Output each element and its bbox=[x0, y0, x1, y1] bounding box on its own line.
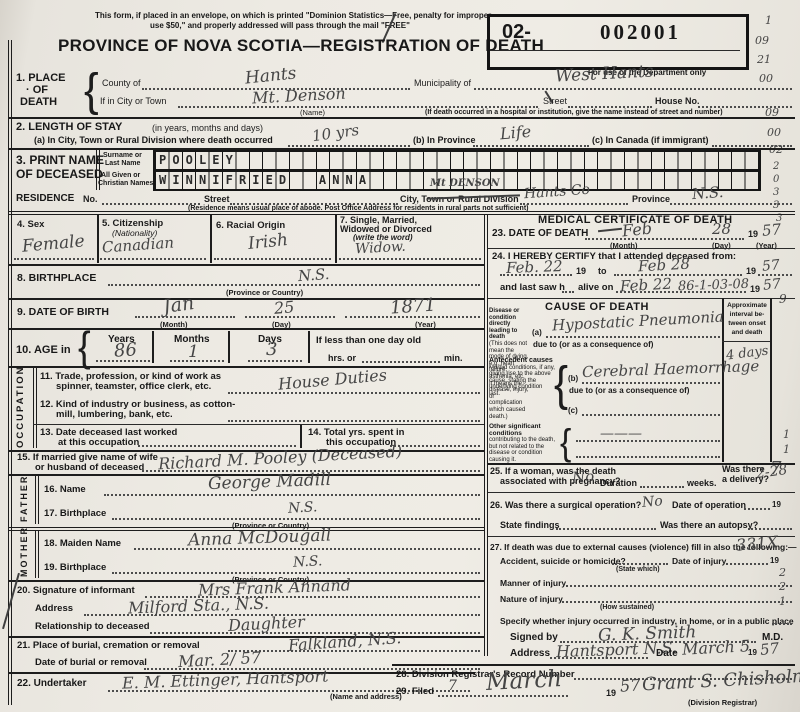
date-of-birth-label: 9. DATE OF BIRTH bbox=[17, 306, 109, 318]
last-saw-label: and last saw h bbox=[500, 282, 565, 293]
sex-label: 4. Sex bbox=[17, 219, 44, 230]
delivery-value: 2-28 bbox=[755, 462, 788, 482]
father-birthplace-fill bbox=[112, 518, 480, 520]
mother-birthplace-value: N.S. bbox=[293, 553, 323, 571]
operation-date-fill bbox=[744, 508, 770, 510]
operation-date-label: Date of operation bbox=[672, 500, 746, 510]
margin-number: 3 bbox=[773, 200, 779, 211]
nature-label: Nature of injury bbox=[500, 594, 563, 604]
surname-value: POOLEY bbox=[159, 153, 239, 167]
father-divider bbox=[35, 474, 39, 524]
other-conditions-fill-2 bbox=[576, 456, 720, 458]
last-19-label: 19 bbox=[750, 284, 760, 294]
residence-division-value: Hants Co bbox=[524, 182, 591, 203]
other-conditions-fill-1 bbox=[576, 440, 720, 442]
cause-a-due-label: due to (or as a consequence of) bbox=[533, 340, 653, 349]
dob-day-value: 25 bbox=[273, 297, 295, 318]
father-name-label: 16. Name bbox=[44, 484, 86, 495]
stay-a-fill-line bbox=[288, 145, 410, 147]
age-months-fill bbox=[170, 360, 224, 362]
margin-number: 00 bbox=[767, 126, 781, 139]
age-divider bbox=[228, 331, 230, 363]
city-town-fill-line bbox=[178, 106, 538, 108]
mother-side-label: MOTHER bbox=[19, 533, 29, 577]
cause-bc-brace: { bbox=[554, 356, 568, 411]
hospital-hint: (If death occurred in a hospital or inst… bbox=[425, 109, 723, 116]
father-birthplace-value: N.S. bbox=[288, 499, 318, 517]
residence-division-fill bbox=[520, 203, 628, 205]
marital-fill bbox=[339, 258, 481, 260]
print-name-label-1: 3. PRINT NAME bbox=[16, 153, 104, 167]
surname-letter-boxes: POOLEY bbox=[153, 150, 761, 171]
city-town-value: Mt. Denson bbox=[252, 84, 347, 108]
racial-origin-value: Irish bbox=[247, 230, 289, 254]
informant-address-label: Address bbox=[35, 603, 73, 614]
margin-number: 1 bbox=[783, 428, 790, 441]
father-name-value: George Madill bbox=[208, 470, 332, 494]
trade-value: House Duties bbox=[277, 365, 387, 393]
last-worked-fill bbox=[138, 445, 296, 447]
stay-b-fill-line bbox=[473, 145, 589, 147]
margin-number: 9 bbox=[779, 292, 787, 306]
marital-value: Widow. bbox=[355, 239, 407, 258]
county-value: Hants bbox=[244, 63, 297, 88]
dod-19-label: 19 bbox=[748, 229, 758, 239]
margin-number: 0 bbox=[773, 174, 779, 185]
stay-b-value: Life bbox=[499, 122, 532, 144]
med-rule bbox=[488, 298, 795, 299]
physician-address-label: Address bbox=[510, 648, 550, 659]
certifier-code-value: 86-1-03-08 bbox=[678, 277, 750, 294]
stay-c-label: (c) In Canada (if immigrant) bbox=[592, 135, 709, 145]
state-which-hint: (State which) bbox=[616, 566, 660, 573]
cause-a-note-bold: Disease or condition directly leading to… bbox=[489, 308, 529, 341]
serial-number-box: 02- 002001 bbox=[487, 14, 749, 70]
cell-divider bbox=[335, 215, 337, 263]
burial-date-label: Date of burial or removal bbox=[35, 657, 147, 668]
interval-box-bottom bbox=[722, 341, 770, 342]
section-rule bbox=[9, 366, 485, 368]
findings-label: State findings bbox=[500, 520, 560, 530]
dob-month-fill bbox=[135, 316, 235, 318]
filed-day-value: 7 bbox=[448, 678, 457, 694]
birthplace-value: N.S. bbox=[297, 265, 330, 285]
residence-no-fill bbox=[102, 203, 200, 205]
cell-divider bbox=[97, 215, 99, 263]
cell-divider bbox=[210, 215, 212, 263]
residence-province-fill bbox=[670, 203, 792, 205]
registrar-rule bbox=[392, 664, 795, 666]
antecedent-note: Morbid conditions, if any, giving rise t… bbox=[489, 365, 555, 397]
strike-through bbox=[598, 228, 622, 232]
from-19-label: 19 bbox=[576, 266, 586, 276]
city-town-label: If in City or Town bbox=[100, 96, 166, 106]
filed-label: 29. Filed bbox=[396, 686, 434, 697]
trade-fill bbox=[228, 392, 480, 394]
mother-divider bbox=[35, 530, 39, 578]
margin-number: 1 bbox=[765, 14, 772, 27]
last-year-value: 57 bbox=[762, 276, 781, 294]
margin-number: 2 bbox=[779, 566, 786, 579]
interval-header: Approximate interval be- tween onset and… bbox=[725, 301, 769, 337]
municipality-value: West Hants bbox=[555, 61, 654, 86]
serial-number: 002001 bbox=[600, 20, 681, 45]
informant-label: 20. Signature of informant bbox=[17, 585, 135, 596]
findings-fill bbox=[556, 528, 656, 530]
injury-date-fill bbox=[726, 563, 768, 565]
to-year-value: 57 bbox=[761, 257, 780, 275]
med-rule bbox=[488, 248, 795, 249]
street-label: Street bbox=[543, 96, 567, 106]
dod-month-value: Feb bbox=[621, 218, 653, 240]
age-min-label: min. bbox=[444, 353, 463, 363]
filed-fill bbox=[438, 695, 568, 697]
residence-province-value: N.S. bbox=[691, 183, 724, 203]
mother-birthplace-fill bbox=[112, 572, 480, 574]
surname-label-2: Last Name bbox=[105, 160, 140, 167]
filed-19-label: 19 bbox=[606, 688, 616, 698]
operation-value: No bbox=[641, 493, 663, 511]
length-of-stay-label: 2. LENGTH OF STAY bbox=[16, 121, 122, 133]
to-label: to bbox=[598, 266, 607, 276]
attended-to-value: Feb 28 bbox=[638, 255, 691, 276]
age-less-label: If less than one day old bbox=[316, 335, 421, 346]
med-rule bbox=[488, 492, 795, 493]
mother-name-label: 18. Maiden Name bbox=[44, 538, 121, 549]
weeks-label: weeks. bbox=[687, 478, 717, 488]
print-name-label-2: OF DECEASED bbox=[16, 167, 103, 181]
margin-number: 09 bbox=[755, 34, 769, 47]
last-worked-label-2: at this occupation bbox=[58, 437, 139, 448]
interval-line-1: Approximate bbox=[727, 302, 767, 309]
house-no-label: House No. bbox=[655, 96, 700, 106]
place-of-death-label-2: · OF bbox=[26, 84, 48, 96]
cause-a-label: (a) bbox=[532, 328, 542, 337]
residence-province-label: Province bbox=[632, 194, 670, 204]
mailing-notice-line2: use $50," and properly addressed will pa… bbox=[150, 21, 410, 30]
cause-b-value: Cerebral Haemorrhage bbox=[582, 357, 760, 381]
alive-on-label: alive on bbox=[578, 282, 613, 293]
external-code-value: 331X bbox=[735, 532, 778, 555]
signed-by-label: Signed by bbox=[510, 632, 558, 643]
dob-month-value: Jan bbox=[162, 292, 196, 318]
cause-a-fill bbox=[546, 336, 720, 338]
duration-label: Duration bbox=[600, 478, 637, 488]
section-rule bbox=[9, 636, 485, 638]
cause-b-due-label: due to (or as a consequence of) bbox=[569, 386, 689, 395]
interval-line-2: interval be- bbox=[730, 311, 765, 318]
margin-number: 1 bbox=[783, 443, 790, 456]
other-conditions-rest: contributing to the death, but not relat… bbox=[489, 437, 555, 463]
cause-c-label: (c) bbox=[568, 406, 578, 415]
mother-name-value: Anna McDougall bbox=[188, 526, 332, 551]
manner-fill bbox=[566, 585, 792, 587]
father-name-fill bbox=[104, 494, 480, 496]
birthplace-hint: (Province or Country) bbox=[226, 288, 303, 297]
undertaker-label: 22. Undertaker bbox=[17, 678, 86, 689]
age-hrs-label: hrs. or bbox=[328, 353, 356, 363]
interval-box-right bbox=[770, 298, 772, 462]
mother-birthplace-label: 19. Birthplace bbox=[44, 562, 106, 573]
occupation-divider bbox=[33, 366, 37, 448]
section-rule bbox=[9, 264, 485, 266]
how-sustained-hint: (How sustained) bbox=[600, 604, 654, 611]
street-fill-line bbox=[568, 106, 652, 108]
sign-19-label: 19 bbox=[748, 648, 757, 657]
age-years-value: 86 bbox=[113, 339, 137, 362]
autopsy-fill bbox=[748, 528, 792, 530]
dob-year-value: 1871 bbox=[389, 294, 436, 318]
form-title: PROVINCE OF NOVA SCOTIA—REGISTRATION OF … bbox=[58, 36, 544, 56]
antecedent-label: Antecedent causes bbox=[489, 358, 555, 365]
date-of-death-label: 23. DATE OF DEATH bbox=[492, 228, 588, 239]
place-of-death-label-1: 1. PLACE bbox=[16, 72, 66, 84]
margin-number: 2 bbox=[773, 161, 779, 172]
pregnancy-value: No bbox=[571, 467, 594, 487]
total-years-fill bbox=[390, 445, 480, 447]
filed-month-value: March bbox=[485, 666, 562, 696]
serial-box-divider bbox=[490, 50, 740, 51]
relationship-label: Relationship to deceased bbox=[35, 621, 150, 632]
cause-b-note: Antecedent causes Morbid conditions, if … bbox=[489, 358, 555, 398]
father-side-label: FATHER bbox=[19, 478, 29, 522]
stay-b-label: (b) In Province bbox=[413, 135, 476, 145]
given-name-value: WINNIFRIED ANNA bbox=[159, 173, 372, 187]
other-conditions-bold: Other significant conditions bbox=[489, 424, 561, 437]
last-saw-blank bbox=[562, 291, 574, 293]
autopsy-label: Was there an autopsy? bbox=[660, 520, 758, 530]
dod-year-value: 57 bbox=[761, 220, 782, 240]
column-divider bbox=[484, 214, 488, 656]
residence-label: RESIDENCE bbox=[16, 193, 74, 204]
name-hint: (Name) bbox=[300, 108, 325, 117]
trade-label-2: spinner, teamster, office clerk, etc. bbox=[56, 381, 211, 392]
relationship-value: Daughter bbox=[228, 612, 306, 635]
house-no-fill-line bbox=[698, 106, 792, 108]
death-registration-form: This form, if placed in an envelope, on … bbox=[0, 0, 800, 712]
place-brace: { bbox=[84, 65, 99, 118]
municipality-label: Municipality of bbox=[414, 78, 471, 88]
cause-b-label: (b) bbox=[568, 374, 578, 383]
accident-fill bbox=[612, 563, 668, 565]
injury-date-label: Date of injury bbox=[672, 556, 726, 566]
sign-year-value: 57 bbox=[759, 639, 780, 659]
county-label: County of bbox=[102, 78, 141, 88]
burial-place-label: 21. Place of burial, cremation or remova… bbox=[17, 640, 200, 651]
residence-division-above: Mt DENSON bbox=[430, 178, 500, 189]
age-divider bbox=[308, 331, 310, 363]
age-days-value: 3 bbox=[266, 339, 277, 360]
other-conditions-value: ——— bbox=[600, 426, 642, 442]
cause-b-fill bbox=[582, 382, 720, 384]
accident-label: Accident, suicide or homicide? bbox=[500, 556, 626, 566]
duration-fill bbox=[640, 486, 684, 488]
sign-date-label: Date bbox=[656, 648, 678, 659]
municipality-fill-line bbox=[474, 88, 792, 90]
undertaker-value: E. M. Ettinger, Hantsport bbox=[122, 666, 329, 692]
age-label: 10. AGE in bbox=[16, 344, 71, 356]
interval-line-3: tween onset bbox=[728, 320, 766, 327]
occupation-cell-divider bbox=[300, 425, 302, 448]
operation-19-label: 19 bbox=[772, 500, 781, 509]
other-conditions-note: Other significant conditions contributin… bbox=[489, 424, 561, 464]
racial-origin-label: 6. Racial Origin bbox=[216, 220, 285, 231]
pregnancy-label-1: 25. If a woman, was the death bbox=[490, 466, 616, 476]
industry-label-2: mill, lumbering, bank, etc. bbox=[56, 409, 173, 420]
age-divider bbox=[152, 331, 154, 363]
attended-from-value: Feb. 22 bbox=[506, 257, 563, 277]
to-19-label: 19 bbox=[746, 266, 756, 276]
nature-fill bbox=[562, 601, 792, 603]
manner-label: Manner of injury bbox=[500, 578, 566, 588]
sex-value: Female bbox=[21, 231, 85, 256]
margin-number: 21 bbox=[757, 53, 771, 66]
birthplace-fill bbox=[108, 284, 480, 286]
interval-line-4: and death bbox=[732, 329, 763, 336]
sign-date-value: March 5 bbox=[682, 636, 751, 659]
father-birthplace-label: 17. Birthplace bbox=[44, 508, 106, 519]
age-years-fill bbox=[96, 360, 150, 362]
age-months-value: 1 bbox=[188, 342, 199, 362]
industry-fill bbox=[228, 420, 480, 422]
filed-year-value: 57 bbox=[619, 675, 641, 695]
last-saw-value: Feb 22 bbox=[620, 275, 673, 296]
section-rule bbox=[8, 117, 795, 119]
age-hrs-fill bbox=[362, 361, 440, 363]
given-name-label-2: Christian Names bbox=[98, 180, 153, 187]
sex-fill bbox=[14, 258, 94, 260]
occupation-side-label: OCCUPATION bbox=[15, 370, 26, 448]
margin-number: 00 bbox=[759, 72, 773, 85]
citizenship-fill bbox=[100, 258, 206, 260]
age-days-fill bbox=[248, 360, 302, 362]
occupation-inner-rule bbox=[33, 424, 484, 425]
registrar-signature: Grant S. Chisholm bbox=[642, 666, 800, 696]
stay-a-label: (a) In City, Town or Rural Division wher… bbox=[34, 135, 273, 145]
stay-c-fill-line bbox=[712, 145, 792, 147]
dod-day-value: 28 bbox=[712, 220, 731, 238]
operation-label: 26. Was there a surgical operation? bbox=[490, 500, 641, 510]
given-name-label-1: All Given or bbox=[101, 172, 140, 179]
specify-fill bbox=[772, 623, 792, 625]
citizenship-value: Canadian bbox=[101, 234, 174, 257]
other-conditions-brace: { bbox=[560, 422, 571, 465]
injury-19-label: 19 bbox=[770, 556, 779, 565]
spouse-label-2: or husband of deceased bbox=[35, 462, 144, 473]
dod-day-fill bbox=[700, 238, 744, 240]
residence-no-label: No. bbox=[83, 194, 98, 204]
serial-prefix: 02- bbox=[502, 21, 531, 44]
birthplace-label: 8. BIRTHPLACE bbox=[17, 272, 96, 284]
surname-label-1: Surname or bbox=[103, 152, 142, 159]
racial-fill bbox=[214, 258, 331, 260]
cause-c-fill bbox=[582, 414, 720, 416]
margin-number: 3 bbox=[773, 187, 779, 198]
mailing-notice-line1: This form, if placed in an envelope, on … bbox=[95, 11, 491, 20]
mother-name-fill bbox=[134, 548, 480, 550]
stay-a-value: 10 yrs bbox=[311, 121, 360, 145]
division-registrar-hint: (Division Registrar) bbox=[688, 698, 757, 707]
undertaker-hint: (Name and address) bbox=[330, 692, 402, 701]
place-of-death-label-3: DEATH bbox=[20, 96, 57, 108]
residence-street-label: Street bbox=[204, 194, 230, 204]
length-of-stay-sublabel: (in years, months and days) bbox=[152, 123, 263, 133]
